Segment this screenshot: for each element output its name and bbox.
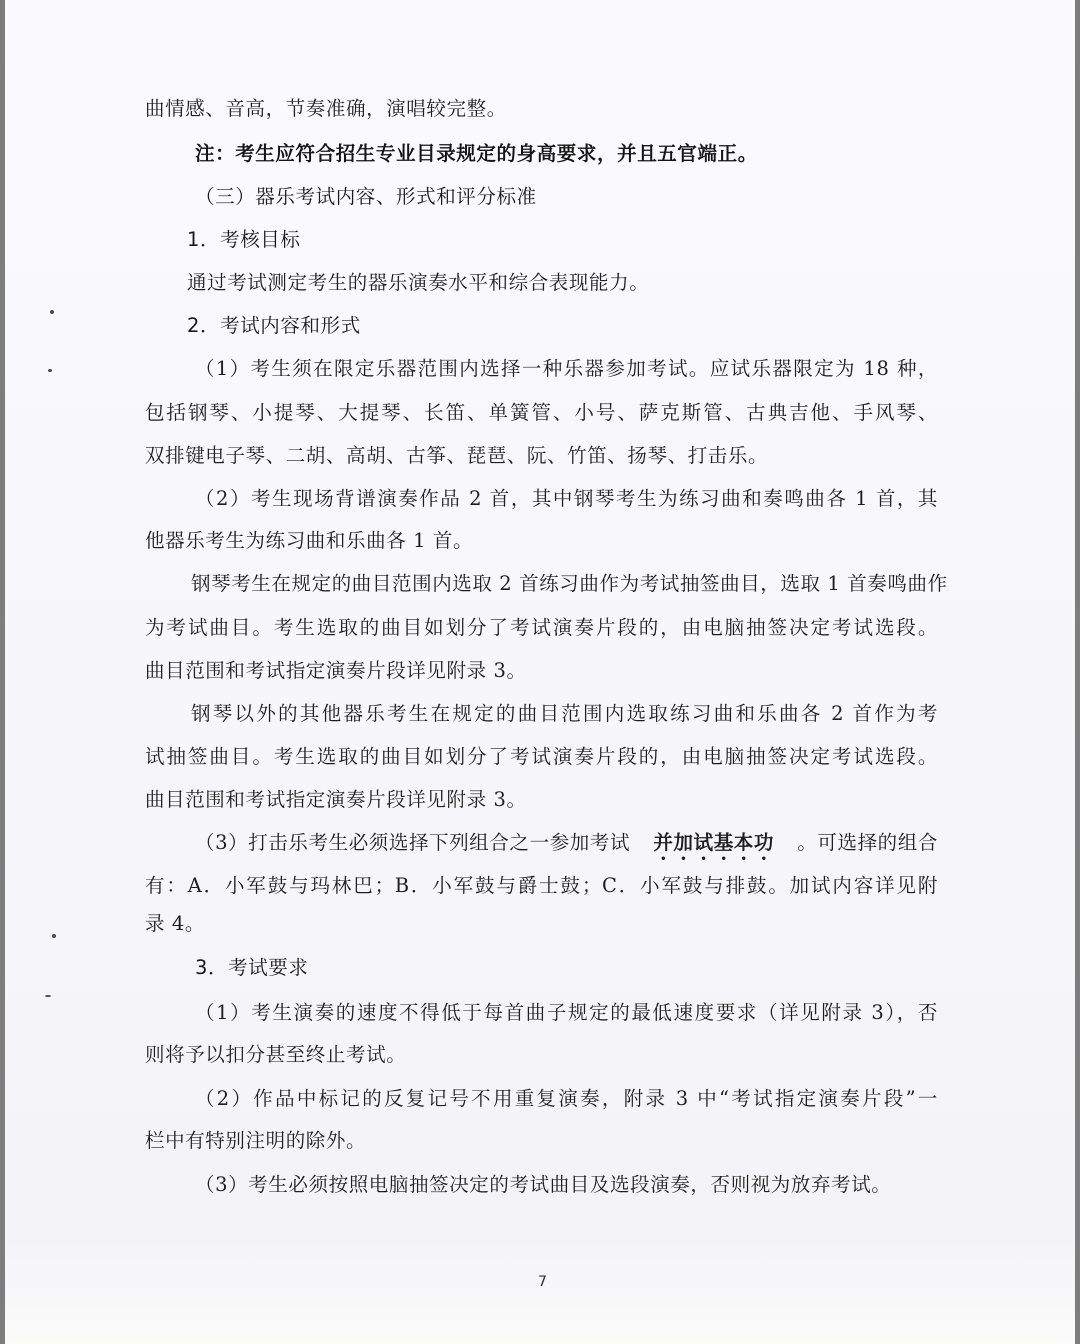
- paragraph-line: （1）考生演奏的速度不得低于每首曲子规定的最低速度要求（详见附录 3），否: [195, 1001, 938, 1025]
- paragraph-line: 录 4。: [145, 912, 205, 936]
- line-text: 。可选择的组合: [797, 831, 938, 865]
- line-text: （3）打击乐考生必须选择下列组合之一参加考试: [195, 831, 630, 865]
- paragraph-line: 有：A．小军鼓与玛林巴；B．小军鼓与爵士鼓；C．小军鼓与排鼓。加试内容详见附: [145, 874, 938, 898]
- paragraph-line: 双排键电子琴、二胡、高胡、古筝、琵琶、阮、竹笛、扬琴、打击乐。: [145, 444, 768, 468]
- section-heading: （三）器乐考试内容、形式和评分标准: [195, 185, 537, 209]
- paragraph-line: 通过考试测定考生的器乐演奏水平和综合表现能力。: [187, 271, 649, 295]
- paragraph-line: （3）考生必须按照电脑抽签决定的考试曲目及选段演奏，否则视为放弃考试。: [195, 1173, 891, 1197]
- subsection-heading: 3．考试要求: [195, 956, 309, 980]
- document-page: 曲情感、音高，节奏准确，演唱较完整。 注：考生应符合招生专业目录规定的身高要求，…: [5, 0, 1075, 1344]
- paragraph-line: （2）考生现场背谱演奏作品 2 首，其中钢琴考生为练习曲和奏鸣曲各 1 首，其: [195, 487, 938, 511]
- paragraph-line: 他器乐考生为练习曲和乐曲各 1 首。: [145, 529, 473, 553]
- note-line: 注：考生应符合招生专业目录规定的身高要求，并且五官端正。: [195, 142, 758, 166]
- paragraph-line: 钢琴以外的其他器乐考生在规定的曲目范围内选取练习曲和乐曲各 2 首作为考: [191, 702, 938, 726]
- scan-speck: [48, 369, 52, 372]
- paragraph-line: 曲目范围和考试指定演奏片段详见附录 3。: [145, 788, 527, 812]
- paragraph-line: 钢琴考生在规定的曲目范围内选取 2 首练习曲作为考试抽签曲目，选取 1 首奏鸣曲…: [191, 572, 938, 596]
- emphasized-text: 并加试基本功: [653, 831, 774, 865]
- paragraph-line: （1）考生须在限定乐器范围内选择一种乐器参加考试。应试乐器限定为 18 种，: [195, 357, 938, 381]
- paragraph-line: 为考试曲目。考生选取的曲目如划分了考试演奏片段的，由电脑抽签决定考试选段。: [145, 616, 938, 640]
- subsection-heading: 2．考试内容和形式: [187, 314, 361, 338]
- paragraph-line: 试抽签曲目。考生选取的曲目如划分了考试演奏片段的，由电脑抽签决定考试选段。: [145, 745, 938, 769]
- scan-speck: [45, 995, 51, 997]
- paragraph-line: 曲情感、音高，节奏准确，演唱较完整。: [145, 97, 507, 121]
- scan-speck: [50, 310, 54, 314]
- paragraph-line: 栏中有特别注明的除外。: [145, 1129, 366, 1153]
- page-number: 7: [538, 1274, 547, 1290]
- paragraph-line: 包括钢琴、小提琴、大提琴、长笛、单簧管、小号、萨克斯管、古典吉他、手风琴、: [145, 401, 938, 425]
- subsection-heading: 1．考核目标: [187, 228, 301, 252]
- scan-speck: [52, 934, 56, 938]
- paragraph-line: （3）打击乐考生必须选择下列组合之一参加考试并加试基本功。可选择的组合: [195, 831, 938, 865]
- paragraph-line: 曲目范围和考试指定演奏片段详见附录 3。: [145, 659, 527, 683]
- paragraph-line: （2）作品中标记的反复记号不用重复演奏，附录 3 中“考试指定演奏片段”一: [195, 1087, 938, 1111]
- paragraph-line: 则将予以扣分甚至终止考试。: [145, 1043, 406, 1067]
